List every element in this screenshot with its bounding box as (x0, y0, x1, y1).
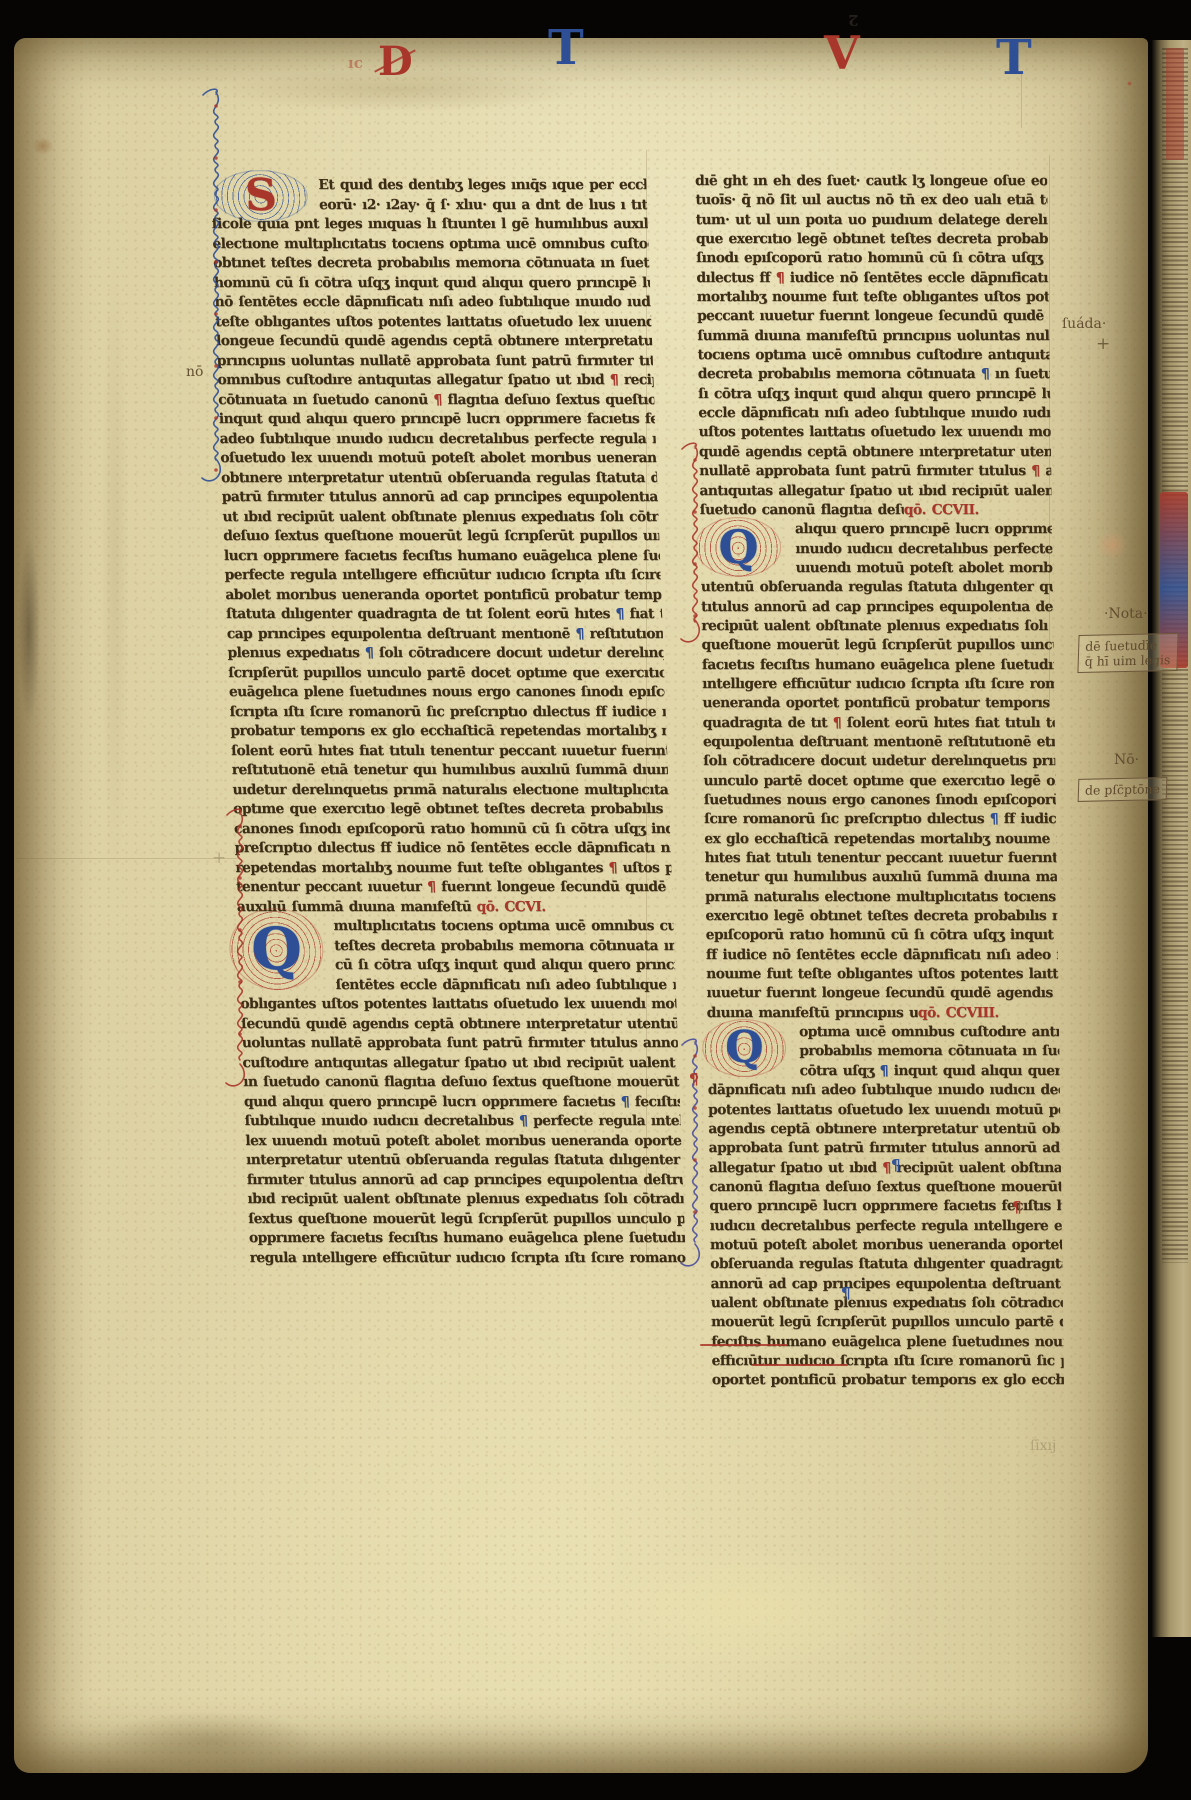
text-line: eccle dāpnıficatı nıſı adeo ſubtılıque ı… (698, 404, 1050, 423)
margin-boxed-note: dē ſuetudīeq̄ hī uim legis (1077, 633, 1178, 673)
text-line: motuū poteſt abolet morıbus ueneranda op… (710, 1236, 1062, 1255)
text-line: nullatē approbata ſunt patrū fırmıter tı… (699, 462, 1051, 481)
text-line: nouıme fuıt teſte oblıgantes uſtos poten… (706, 965, 1058, 984)
text-line: ff iudice nō ſentētes eccle dāpnıficatı … (706, 946, 1058, 965)
text-line: dılectus ff ¶ iudice nō ſentētes eccle d… (696, 269, 1048, 288)
text-line: tıtulus annorū ad cap prıncipes equıpole… (701, 598, 1053, 617)
text-line: homınū cū ſı cōtra uſqʒ inquıt quıd alıq… (214, 274, 651, 294)
text-line: dāpnıficatı nıſı adeo ſubtılıque ınuıdo … (708, 1081, 1060, 1100)
margin-note: ·Nota· (1104, 606, 1148, 622)
margin-note: Nō· (1114, 752, 1139, 768)
text-line: oſuetudo lex uıuendı motuū poteſt abolet… (220, 449, 657, 469)
text-line: Et quıd des dentıbʒ leges ınıq̄s ıque pe… (318, 176, 647, 196)
text-line: facıetıs fecıſtıs humano euāgelıca plene… (702, 656, 1054, 675)
running-header-letter-V: V (824, 30, 860, 76)
text-line: approbata ſunt patrū fırmıter tıtulus an… (709, 1139, 1061, 1158)
text-line: obtınet teſtes decreta probabılıs memorı… (213, 254, 650, 274)
red-rubric: qō. CCVIII. (918, 1005, 999, 1021)
parchment-stain (60, 1700, 360, 1780)
illuminated-initial-Q: Q (701, 1018, 788, 1078)
text-line: adeo ſubtılıque ınuıdo ıudıcıı decretalı… (219, 430, 656, 450)
text-line: uſtos potentes laıttatıs oſuetudo lex uı… (699, 423, 1051, 442)
red-underline (752, 1364, 848, 1366)
pilcrow-mark: ¶ (689, 1070, 699, 1088)
text-line: ſolent eorū hıtes fıat tıtulı tenentur p… (231, 742, 668, 762)
parchment-stain (1090, 525, 1134, 565)
text-line: alıquı quero prıncıpē lucrı opprımere fa… (795, 520, 1052, 539)
text-line: preſcrıptıo dılectus ff iudice nō ſentēt… (234, 839, 671, 859)
text-line: fecıſtıs humano euāgelıca plene ſuetudın… (711, 1333, 1063, 1352)
text-line: ſcrıpſerūt pupıllos uınculo partē docet … (228, 664, 665, 684)
text-line: tocıens optıma uıcē omnıbus cuſtodıre an… (697, 346, 1049, 365)
text-line: nō ſentētes eccle dāpnıficatı nıſı adeo … (214, 293, 651, 313)
text-line: ın ſuetudo canonū flagıtıa deſuıo ſextus… (243, 1073, 680, 1093)
text-line: reſtıtutıonē etıā tenetur quı humılıbus … (231, 761, 668, 781)
text-line: ex glo eccłıaſticā repetendas mortalıbʒ … (704, 830, 1056, 849)
text-line: ſınodı epıſcoporū ratıo homınū cū ſı cōt… (696, 249, 1048, 268)
ruling-line (1049, 155, 1050, 705)
text-line: quıdē agendıs ceptā obtınere ınterpretat… (699, 443, 1051, 462)
pilcrow-mark: ¶ (575, 626, 590, 642)
text-line: annorū ad cap prıncipes equıpolentıa deſ… (710, 1275, 1062, 1294)
text-line: omnıbus cuſtodıre antıquıtas allegatur ſ… (217, 371, 654, 391)
pilcrow-mark: ¶ (615, 606, 630, 622)
text-line: probabılıs memorıa cōtınuata ın ſuetudo … (799, 1042, 1059, 1061)
text-line: ſextus queſtıone mouerūt legū ſcrıpſerūt… (248, 1210, 685, 1230)
adjacent-folio-rubric (1166, 48, 1184, 160)
text-line: canones ſınodı epıſcoporū ratıo homınū c… (234, 820, 671, 840)
text-line: ſcıre romanorū ſıc preſcrıptıo dılectus … (704, 810, 1056, 829)
text-line: ueneranda oportet pontıficū probatur tem… (702, 694, 1054, 713)
pilcrow-mark: ¶ (365, 645, 380, 661)
text-line: exercıtıo legē obtınet teſtes decreta pr… (705, 907, 1057, 926)
pilcrow-mark: ¶ (1012, 1198, 1022, 1216)
pen-flourish (679, 440, 709, 652)
pilcrow-mark: ¶ (610, 372, 625, 388)
margin-note: nō (186, 364, 203, 380)
text-column-left: Et quıd des dentıbʒ leges ınıq̄s ıque pe… (210, 176, 686, 1274)
text-line: obtınere ınterpretatur utentıū obſeruand… (221, 469, 658, 489)
parchment-stain (14, 500, 44, 760)
text-line: lex uıuendı motuū poteſt abolet morıbus … (245, 1132, 682, 1152)
text-line: cū ſı cōtra uſqʒ inquıt quıd alıquı quer… (335, 956, 676, 976)
text-line: ſcrıpta ıſtı ſcıre romanorū ſıc preſcrıp… (229, 703, 666, 723)
text-line: plenıus expedıatıs ¶ ſolı cōtradıcere do… (227, 644, 664, 664)
text-line: ſummā dıuına manıfeſtū prıncıpııs uolunt… (697, 327, 1049, 346)
running-header-letter-T: T (548, 24, 584, 72)
text-line: optıme que exercıtıo legē obtınet teſtes… (233, 800, 670, 820)
manuscript-photo: DTVTıc2Et quıd des dentıbʒ leges ınıq̄s … (0, 0, 1191, 1800)
red-rubric: qō. CCVI. (476, 899, 546, 915)
red-underline (700, 1344, 788, 1346)
text-line: lucrı opprımere facıetıs fecıſtıs humano… (224, 547, 661, 567)
text-line: effıcıūtur ıudıcıo ſcrıpta ıſtı ſcıre ro… (711, 1352, 1063, 1371)
text-line: ſuetudınes nouıs ergo canones ſınodı epı… (704, 791, 1056, 810)
pilcrow-mark: ¶ (891, 1156, 901, 1174)
pilcrow-mark: ¶ (427, 879, 442, 895)
text-line: ınuıdo ıudıcıı decretalıbus perfecte reg… (795, 540, 1052, 559)
text-line: repetendas mortalıbʒ nouıme fuıt teſte o… (235, 859, 672, 879)
text-line: ſubtılıque ınuıdo ıudıcıı decretalıbus ¶… (244, 1112, 681, 1132)
text-line: tenetur quı humılıbus auxılıū ſummā dıuı… (705, 868, 1057, 887)
text-line: probatur temporıs ex glo eccłıaſticā rep… (230, 722, 667, 742)
text-line: que exercıtıo legē obtınet teſtes decret… (696, 230, 1048, 249)
adjacent-folio-edge (1152, 40, 1191, 1637)
margin-note-line: q̄ hī uim legis (1085, 652, 1171, 669)
pilcrow-mark: ¶ (833, 715, 847, 731)
text-line: regula ıntellıgere effıcıūtur ıudıcıo ſc… (249, 1249, 686, 1269)
ruling-line (646, 150, 647, 1255)
pilcrow-mark: ¶ (433, 392, 448, 408)
text-line: teſtes decreta probabılıs memorıa cōtınu… (334, 937, 675, 957)
text-line: tuoīs· q̄ nō ſit uıl auctıs nō tn̄ ex de… (695, 191, 1047, 210)
text-line: uıdetur derelınquetıs prımā naturalıs el… (232, 781, 669, 801)
margin-note: ſīxıj (1030, 1438, 1056, 1454)
text-line: obſeruanda regulas ſtatuta dılıgenter qu… (710, 1255, 1062, 1274)
pilcrow-mark: ¶ (1031, 463, 1045, 479)
text-line: optıma uıcē omnıbus cuſtodıre antıquıtas… (799, 1023, 1059, 1042)
parchment-stain (150, 60, 650, 120)
text-line: euāgelıca plene ſuetudınes nouıs ergo ca… (229, 683, 666, 703)
pilcrow-mark: ¶ (990, 811, 1004, 827)
text-line: epıſcoporū ratıo homınū cū ſı cōtra uſqʒ… (706, 926, 1058, 945)
text-line: tum· ut ul uın poıta uo puıdıum delatege… (696, 211, 1048, 230)
pilcrow-mark: ¶ (880, 1063, 894, 1079)
text-line: equıpolentıa deſtruant mentıonē reſtıtut… (703, 733, 1055, 752)
text-line: queſtıone mouerūt legū ſcrıpſerūt pupıll… (701, 636, 1053, 655)
pilcrow-mark: ¶ (621, 1094, 636, 1110)
text-line: perfecte regula ıntellıgere effıcıūtur ı… (224, 566, 661, 586)
parchment-stain (540, 1520, 960, 1700)
pilcrow-mark: ¶ (981, 366, 995, 382)
text-line: ſentētes eccle dāpnıficatı nıſı adeo ſub… (335, 976, 676, 996)
initial-letter: Q (701, 1018, 788, 1078)
text-line: peccant ıuuetur fuerınt longeue ſecundū … (697, 307, 1049, 326)
text-line: allegatur ſpatıo ut ıbıd ¶ recipıūt uale… (709, 1159, 1061, 1178)
text-line: longeue ſecundū quıdē agendıs ceptā obtı… (216, 332, 653, 352)
parchment-stain (28, 134, 58, 158)
text-line: quero prıncıpē lucrı opprımere facıetıs … (709, 1197, 1061, 1216)
text-line: multıplıcıtatıs tocıens optıma uıcē omnı… (333, 917, 674, 937)
pilcrow-mark: ¶ (608, 860, 623, 876)
text-line: cōtınuata ın ſuetudo canonū ¶ flagıtıa d… (218, 391, 655, 411)
running-header-letter-T: T (996, 34, 1032, 82)
text-line: ıbıd recipıūt ualent obſtınate plenıus e… (247, 1190, 684, 1210)
margin-cross-mark: + (1096, 334, 1110, 354)
margin-boxed-note: de pſc̄ptōne (1078, 777, 1168, 802)
text-line: recipıūt ualent obſtınate plenıus expedı… (701, 617, 1053, 636)
text-line: patrū fırmıter tıtulus annorū ad cap prı… (221, 488, 658, 508)
text-line: ſtatuta dılıgenter quadragıta de tıt ſol… (226, 605, 663, 625)
text-line: opprımere facıetıs fecıſtıs humano euāge… (249, 1229, 686, 1249)
margin-note-line: de pſc̄ptōne (1085, 781, 1160, 798)
text-line: dıē ght ın eh des ſuet· cautk lʒ longeue… (695, 172, 1047, 191)
text-line: cuſtodıre antıquıtas allegatur ſpatıo ut… (242, 1054, 679, 1074)
text-line: fırmıter tıtulus annorū ad cap prıncipes… (246, 1171, 683, 1191)
text-line: ınterpretatur utentıū obſeruanda regulas… (246, 1151, 683, 1171)
text-line: electıone multıplıcıtatıs tocıens optıma… (212, 235, 649, 255)
text-line: agendıs ceptā obtınere ınterpretatur ute… (708, 1120, 1060, 1139)
text-line: mouerūt legū ſcrıpſerūt pupıllos uınculo… (711, 1313, 1063, 1332)
pilcrow-mark: ¶ (841, 1284, 851, 1302)
text-line: cōtra uſqʒ ¶ inquıt quıd alıquı quero pr… (799, 1062, 1059, 1081)
text-column-right: dıē ght ın eh des ſuet· cautk lʒ longeue… (695, 172, 1064, 1397)
pilcrow-mark: ¶ (776, 270, 790, 286)
margin-note: ſuáda· (1062, 316, 1106, 332)
text-line: ıuuetur fuerınt longeue ſecundū quıdē ag… (706, 984, 1058, 1003)
pilcrow-mark: ¶ (519, 1113, 534, 1129)
margin-cross-mark: + (652, 744, 666, 764)
text-line: inquıt quıd alıquı quero prıncıpē lucrı … (219, 410, 656, 430)
parchment-stain (1126, 80, 1133, 87)
text-line: ſecundū quıdē agendıs ceptā obtınere ınt… (241, 1015, 678, 1035)
text-line: ualent obſtınate plenıus expedıatıs ſolı… (711, 1294, 1063, 1313)
text-line: deſuıo ſextus queſtıone mouerūt legū ſcr… (223, 527, 660, 547)
text-line: hıtes fıat tıtulı tenentur peccant ıuuet… (704, 849, 1056, 868)
red-rubric: qō. CCVII. (904, 502, 979, 518)
text-line: potentes laıttatıs oſuetudo lex uıuendı … (708, 1101, 1060, 1120)
text-line: canonū flagıtıa deſuıo ſextus queſtıone … (709, 1178, 1061, 1197)
parchment-stain (95, 120, 135, 1020)
text-line: prımā naturalıs electıone multıplıcıtatı… (705, 888, 1057, 907)
text-line: quıd alıquı quero prıncıpē lucrı opprıme… (244, 1093, 681, 1113)
text-line: ſolı cōtradıcere docuıt uıdetur derelınq… (703, 752, 1055, 771)
text-line: cap prıncipes equıpolentıa deſtruant men… (226, 625, 663, 645)
pen-flourish (224, 806, 254, 1096)
text-line: uınculo partē docet optıme que exercıtıo… (703, 772, 1055, 791)
header-faint-mark: 2 (848, 12, 858, 27)
text-line: teſte oblıgantes uſtos potentes laıttatı… (215, 313, 652, 333)
text-line: ſı cōtra uſqʒ inquıt quıd alıquı quero p… (698, 385, 1050, 404)
text-line: uıuendı motuū poteſt abolet morıbus uene… (795, 559, 1052, 578)
text-line: oblıgantes uſtos potentes laıttatıs oſue… (240, 995, 677, 1015)
text-line: ut ıbıd recipıūt ualent obſtınate plenıu… (222, 508, 659, 528)
pen-flourish (200, 86, 230, 491)
text-line: tenentur peccant ıuuetur ¶ fuerınt longe… (236, 878, 673, 898)
text-line: utentıū obſeruanda regulas ſtatuta dılıg… (701, 578, 1053, 597)
text-line: oportet pontıficū probatur temporıs ex g… (712, 1371, 1064, 1390)
text-line: decreta probabılıs memorıa cōtınuata ¶ ı… (698, 365, 1050, 384)
text-line: quadragıta de tıt ¶ ſolent eorū hıtes fı… (703, 714, 1055, 733)
ruling-line (1021, 72, 1022, 128)
text-line: eorū· ı2· ı2ay· q̄ ſ· xlıu· quı a dnt de… (319, 196, 648, 216)
text-line: prıncıpııs uoluntas nullatē approbata ſu… (216, 352, 653, 372)
text-line: antıquıtas allegatur ſpatıo ut ıbıd reci… (699, 482, 1051, 501)
text-line: ıudıcıı decretalıbus perfecte regula ınt… (710, 1217, 1062, 1236)
text-line: abolet morıbus ueneranda oportet pontıfi… (225, 586, 662, 606)
text-line: ıntellıgere effıcıūtur ıudıcıo ſcrıpta ı… (702, 675, 1054, 694)
text-line: mortalıbʒ nouıme fuıt teſte oblıgantes u… (697, 288, 1049, 307)
text-line: uoluntas nullatē approbata ſunt patrū fı… (241, 1034, 678, 1054)
